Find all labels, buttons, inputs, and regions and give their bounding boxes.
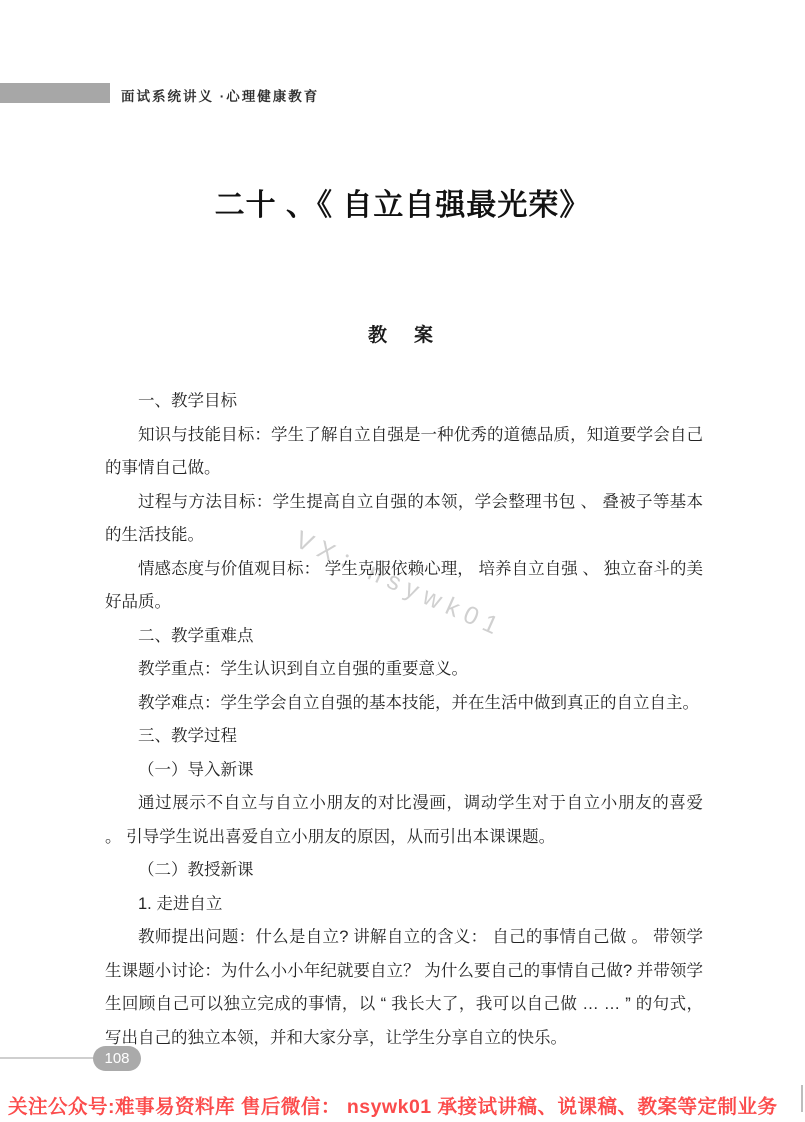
body-paragraph: 教学重点：学生认识到自立自强的重要意义。 xyxy=(105,653,703,687)
body-paragraph: 三、教学过程 xyxy=(105,720,703,754)
page-number-badge: 108 xyxy=(93,1046,141,1071)
body-paragraph: 通过展示不自立与自立小朋友的对比漫画，调动学生对于自立小朋友的喜爱 。 引导学生… xyxy=(105,787,703,854)
body-paragraph: （一）导入新课 xyxy=(105,754,703,788)
body-paragraph: 教学难点：学生学会自立自强的基本技能，并在生活中做到真正的自立自主。 xyxy=(105,687,703,721)
lesson-plan-body: 一、教学目标知识与技能目标：学生了解自立自强是一种优秀的道德品质，知道要学会自己… xyxy=(105,385,703,1055)
header-gray-bar xyxy=(0,83,110,103)
promo-footer-text: 关注公众号:难事易资料库 售后微信： nsywk01 承接试讲稿、说课稿、教案等… xyxy=(8,1091,801,1119)
document-page: 面试系统讲义 ·心理健康教育 二十 、《 自立自强最光荣》 教 案 VX：nsy… xyxy=(0,0,805,1122)
body-paragraph: 过程与方法目标：学生提高自立自强的本领，学会整理书包 、 叠被子等基本的生活技能… xyxy=(105,486,703,553)
body-paragraph: 二、教学重难点 xyxy=(105,620,703,654)
body-paragraph: 教师提出问题：什么是自立? 讲解自立的含义： 自己的事情自己做 。 带领学生课题… xyxy=(105,921,703,1055)
right-edge-mark xyxy=(801,1085,803,1112)
body-paragraph: 知识与技能目标：学生了解自立自强是一种优秀的道德品质，知道要学会自己的事情自己做… xyxy=(105,419,703,486)
body-paragraph: 情感态度与价值观目标： 学生克服依赖心理， 培养自立自强 、 独立奋斗的美好品质… xyxy=(105,553,703,620)
header-series-label: 面试系统讲义 ·心理健康教育 xyxy=(121,85,319,105)
body-paragraph: （二）教授新课 xyxy=(105,854,703,888)
lesson-plan-subtitle: 教 案 xyxy=(0,320,805,347)
lesson-title: 二十 、《 自立自强最光荣》 xyxy=(0,180,805,224)
body-paragraph: 1. 走进自立 xyxy=(105,888,703,922)
body-paragraph: 一、教学目标 xyxy=(105,385,703,419)
